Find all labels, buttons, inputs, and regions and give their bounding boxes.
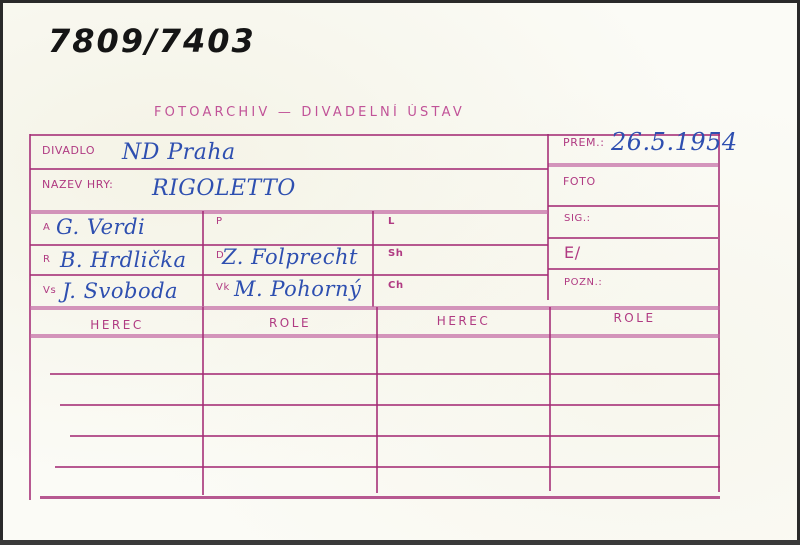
table-cell[interactable] (32, 437, 202, 465)
border-bottom (40, 496, 720, 499)
label-ch: Ch (388, 280, 404, 291)
rule-e (548, 268, 718, 270)
label-l: L (388, 216, 395, 227)
table-cell[interactable] (551, 437, 718, 465)
rule-sig (548, 237, 718, 239)
label-vk: Vk (216, 282, 230, 293)
archive-number: 7809/7403 (48, 22, 256, 60)
label-divadlo: DIVADLO (42, 144, 95, 157)
field-author[interactable]: G. Verdi (56, 215, 145, 239)
col-header-role-2: ROLE (551, 311, 718, 325)
rule-credits-col2 (372, 211, 374, 307)
field-director[interactable]: B. Hrdlička (60, 248, 187, 272)
label-sh: Sh (388, 248, 404, 259)
rule-credits-col1 (202, 211, 204, 307)
table-cell[interactable] (32, 375, 202, 403)
table-cell[interactable] (32, 406, 202, 434)
field-divadlo[interactable]: ND Praha (122, 140, 236, 165)
table-cell[interactable] (378, 437, 549, 465)
rule-divadlo (30, 168, 548, 170)
field-costume-design[interactable]: M. Pohorný (234, 277, 361, 301)
label-sig: SIG.: (564, 213, 591, 224)
table-cell[interactable] (551, 468, 718, 495)
table-cell[interactable] (32, 468, 202, 495)
border-right (718, 132, 720, 492)
table-cell[interactable] (204, 338, 376, 372)
table-cell[interactable] (551, 338, 718, 372)
rule-prem (548, 163, 718, 167)
table-cell[interactable] (378, 406, 549, 434)
field-set-design[interactable]: J. Svoboda (62, 279, 178, 303)
rule-credits-2 (30, 274, 548, 276)
table-cell[interactable] (32, 338, 202, 372)
table-cell[interactable] (204, 375, 376, 403)
rule-nazev (30, 210, 548, 214)
border-left (29, 134, 31, 500)
stamp-title: FOTOARCHIV — DIVADELNÍ ÚSTAV (154, 105, 465, 120)
col-header-role-1: ROLE (204, 316, 376, 330)
table-cell[interactable] (551, 375, 718, 403)
label-r: R (43, 254, 51, 265)
label-a: A (43, 222, 50, 233)
label-prem: PREM.: (563, 136, 605, 149)
rule-foto (548, 205, 718, 207)
label-e: E/ (564, 243, 581, 262)
table-cell[interactable] (378, 468, 549, 495)
label-nazev-hry: NAZEV HRY: (42, 178, 113, 191)
table-cell[interactable] (378, 375, 549, 403)
field-prem[interactable]: 26.5.1954 (611, 128, 738, 156)
col-header-herec-1: HEREC (32, 318, 202, 332)
label-pozn: POZN.: (564, 277, 602, 288)
table-cell[interactable] (551, 406, 718, 434)
field-nazev-hry[interactable]: RIGOLETTO (152, 176, 296, 201)
label-vs: Vs (43, 285, 56, 296)
table-cell[interactable] (204, 437, 376, 465)
table-cell[interactable] (378, 338, 549, 372)
col-header-herec-2: HEREC (378, 314, 549, 328)
rule-cast-top (30, 306, 720, 310)
scan-edge (0, 540, 800, 545)
label-foto: FOTO (563, 175, 596, 188)
table-cell[interactable] (204, 406, 376, 434)
label-p: P (216, 216, 223, 227)
table-cell[interactable] (204, 468, 376, 495)
field-conductor[interactable]: Z. Folprecht (222, 245, 358, 269)
